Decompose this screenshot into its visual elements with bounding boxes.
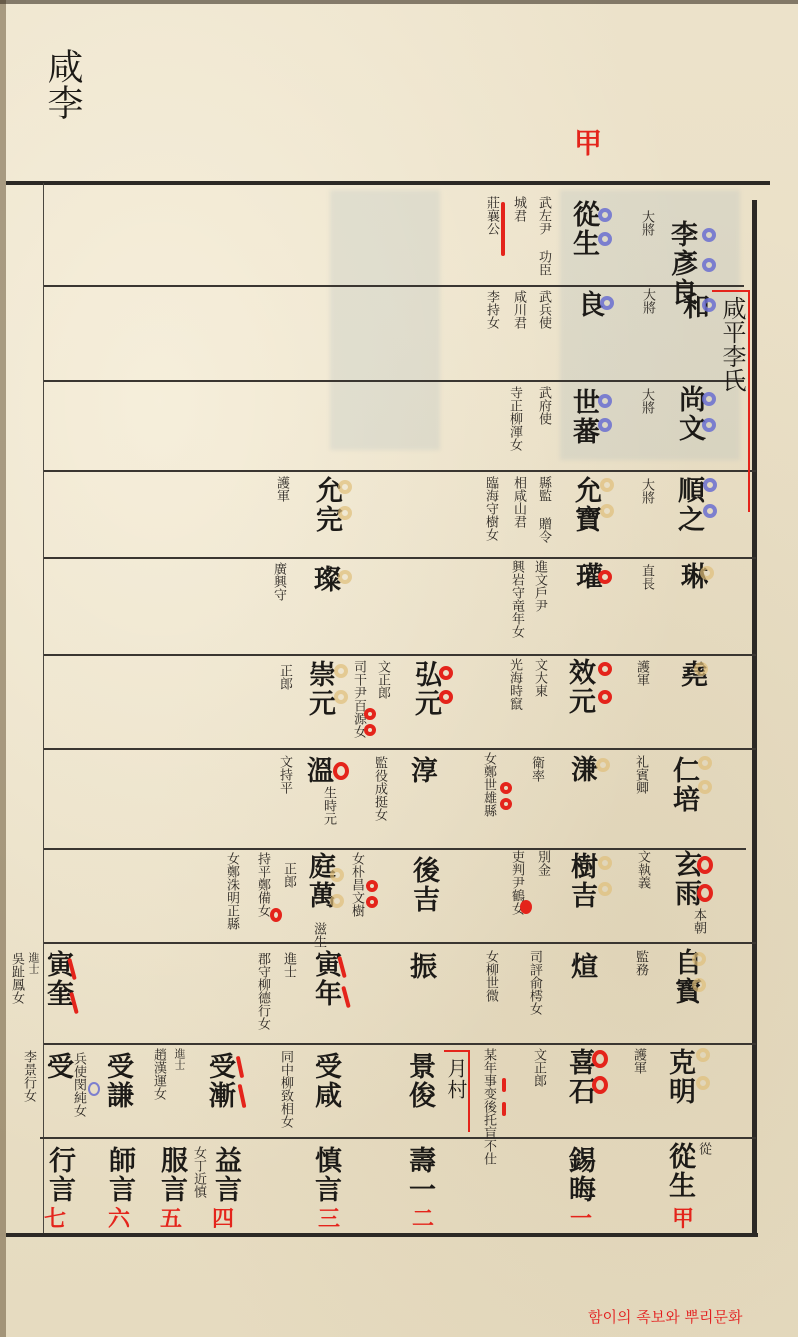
yellow-circle-mark [330,868,344,882]
red-circle-mark [366,880,378,892]
red-mark [341,986,351,1008]
yellow-circle-mark [338,570,352,584]
yellow-circle-mark [692,952,706,966]
person-title: 進文戶尹 [533,560,546,612]
person-title: 武左尹 功臣 [537,196,550,276]
person-title: 衛率 [530,756,543,782]
blue-circle-mark [598,418,612,432]
person-title: 文正郎 [532,1048,545,1087]
yellow-circle-mark [600,478,614,492]
person-name: 受 [44,1052,71,1081]
right-border [752,200,757,1235]
spouse-info: 寺正柳渾女 [508,386,521,451]
blue-circle-mark [702,258,716,272]
yellow-circle-mark [596,758,610,772]
person-name: 益言 [212,1146,239,1204]
person-name: 良 [575,290,602,319]
person-title: 縣監 贈令 [537,476,550,543]
spouse-info: 相咸山君 [512,476,525,528]
spouse-info: 李景行女 [22,1050,35,1102]
blue-circle-mark [702,392,716,406]
spouse-info: 司評俞樗女 [528,950,541,1015]
yellow-circle-mark [330,894,344,908]
person-title: 護軍 [275,476,288,502]
blue-circle-mark [88,1082,100,1096]
person-title: 護軍 [632,1048,645,1074]
red-circle-mark [598,570,612,584]
person-name: 從生 [570,200,597,258]
person-title: 礼賓卿 [634,755,647,794]
spouse-info: 持平鄭備女 [256,852,269,917]
person-name: 淳 [408,756,435,785]
person-name: 瓘 [573,562,600,591]
yellow-circle-mark [700,566,714,580]
order-number: 一 [570,1202,592,1233]
person-name: 後吉 [410,856,437,914]
order-number: 六 [108,1202,130,1233]
clan-label: 咸平李氏 [720,296,744,392]
red-circle-mark [598,662,612,676]
row-divider [44,1043,756,1045]
person-name: 溓 [568,755,595,784]
yellow-circle-mark [334,664,348,678]
yellow-circle-mark [598,882,612,896]
page-edge [0,0,6,1337]
red-circle-mark [439,690,453,704]
person-name: 世蕃 [570,388,597,446]
order-number: 二 [412,1202,434,1233]
yellow-circle-mark [598,856,612,870]
person-name: 受漸 [206,1052,233,1110]
red-circle-mark [500,798,512,810]
person-name: 允完 [313,476,340,534]
red-mark [236,1056,244,1078]
person-name: 受咸 [312,1052,339,1110]
person-name: 允寶 [572,476,599,534]
person-title: 進士 [282,952,295,978]
blue-circle-mark [598,232,612,246]
person-title: 大將 [640,478,653,504]
row-divider [40,1137,756,1139]
spouse-info: 郡守柳德行女 [256,952,269,1030]
yellow-circle-mark [698,756,712,770]
person-name: 弘元 [412,660,439,718]
page-edge-top [0,0,798,4]
spouse-father: 李持女 [485,290,498,329]
red-circle-mark [500,782,512,794]
order-number: 五 [160,1202,182,1233]
spouse-info: 興岩守竜年女 [510,560,523,638]
person-note: 女丁近慎 [192,1146,205,1198]
row-divider [44,748,756,750]
yellow-circle-mark [338,506,352,520]
blue-circle-mark [703,504,717,518]
red-circle-mark [366,896,378,908]
spouse-info: 司干尹百源女 [352,660,365,738]
person-name: 景俊 [406,1052,433,1110]
row-divider [44,942,756,944]
yellow-circle-mark [696,1048,710,1062]
person-event: 某年事变後托盲不仕 [482,1048,495,1165]
blue-circle-mark [702,298,716,312]
person-name: 樹吉 [568,852,595,910]
order-number: 七 [44,1202,66,1233]
person-name: 煊 [568,952,595,981]
person-note: 從 [697,1142,710,1155]
blue-circle-mark [600,296,614,310]
blue-circle-mark [598,208,612,222]
person-title: 大將 [641,288,654,314]
row-divider [44,557,756,559]
person-name: 效元 [566,658,593,716]
red-circle-mark [364,708,376,720]
red-circle-mark [333,762,349,780]
person-name: 克明 [666,1048,693,1106]
person-name: 溫 [304,756,331,785]
person-title: 監務 [634,950,647,976]
spouse-info: 女鄭世雄縣 [482,752,495,817]
person-event: 光海時竄 [508,658,521,710]
red-mark [502,1102,506,1116]
order-number: 四 [212,1202,234,1233]
person-title: 正郎 [278,664,291,690]
row-divider [44,285,744,287]
yellow-circle-mark [692,978,706,992]
yellow-circle-mark [698,780,712,794]
person-name: 璨 [311,565,338,594]
person-name: 庭萬 [306,852,333,910]
spouse-info: 女柳世微 [484,950,497,1002]
red-dot-mark [520,900,532,914]
table-bottom-border [6,1233,758,1237]
spouse-info: 吳趾鳳女 [10,952,23,1004]
yellow-circle-mark [694,662,708,676]
person-title: 文正郎 [376,660,389,699]
person-title: 武兵使 [537,290,550,329]
person-sub: 本朝 [692,908,705,934]
bleed-through [330,190,440,450]
person-title: 進士 [28,952,39,974]
yellow-circle-mark [696,1076,710,1090]
spouse-father: 臨海守樹女 [484,476,497,541]
person-name: 寅年 [312,950,339,1008]
person-title: 別金 [536,850,549,876]
spouse-info: 咸川君 [512,290,525,329]
red-mark [502,1078,506,1092]
red-circle-mark [592,1076,608,1094]
person-name: 師言 [106,1146,133,1204]
order-number: 三 [318,1202,340,1233]
yellow-circle-mark [334,690,348,704]
table-top-border [6,181,770,185]
spouse-info: 城君 [512,196,525,222]
person-name: 壽一 [406,1146,433,1204]
person-name: 慎言 [312,1146,339,1204]
red-circle-mark [439,666,453,680]
person-title: 文持平 [278,755,291,794]
person-name: 服言 [158,1146,185,1204]
person-title: 護軍 [635,660,648,686]
blue-circle-mark [702,228,716,242]
person-title: 武府使 [537,386,550,425]
red-circle-mark [592,1050,608,1068]
spouse-info: 兵使閔純女 [72,1052,85,1117]
person-name: 受謙 [104,1052,131,1110]
spouse-info: 女鄭洙明正縣 [225,852,238,930]
order-number: 甲 [672,1202,694,1233]
person-name: 振 [407,952,434,981]
red-bracket [444,1050,470,1132]
red-circle-mark [364,724,376,736]
yellow-circle-mark [338,480,352,494]
section-mark: 甲 [572,128,600,156]
person-name: 錫晦 [566,1146,593,1204]
yellow-circle-mark [600,504,614,518]
person-title: 大將 [640,210,653,236]
person-name: 崇元 [306,660,333,718]
red-mark [501,202,505,256]
person-title: 直長 [640,564,653,590]
spouse-info: 女朴昌文樹 [350,852,363,917]
person-name: 行言 [46,1146,73,1204]
watermark: 함이의 족보와 뿌리문화 [588,1306,742,1327]
person-name: 從生 [666,1142,693,1200]
person-name: 尚文 [676,385,703,443]
birth-note: 生時元 [322,786,335,825]
red-circle-mark [697,884,713,902]
posthumous-title: 莊襄公 [485,196,498,235]
person-name: 仁培 [670,756,697,814]
red-circle-mark [598,690,612,704]
person-sub: 滋生 [312,922,325,948]
spouse-info: 同中柳致相女 [279,1050,292,1128]
blue-circle-mark [702,418,716,432]
person-title: 大將 [640,388,653,414]
person-title: 文執義 [636,850,649,889]
person-title: 正郎 [282,862,295,888]
person-title: 進士 [174,1048,185,1070]
person-name: 喜石 [566,1048,593,1106]
person-name: 玄雨 [672,850,699,908]
row-divider [44,654,756,656]
person-title: 廣興守 [272,562,285,601]
red-mark [238,1084,247,1108]
blue-circle-mark [598,394,612,408]
person-name: 順之 [675,476,702,534]
red-circle-mark [270,908,282,922]
clan-title: 咸李 [44,48,80,120]
row-divider [44,380,744,382]
spouse-info: 趙漢運女 [152,1048,165,1100]
blue-circle-mark [703,478,717,492]
person-title: 文大東 [533,658,546,697]
row-divider [44,470,756,472]
spouse-info: 監役成挺女 [373,756,386,821]
red-circle-mark [697,856,713,874]
